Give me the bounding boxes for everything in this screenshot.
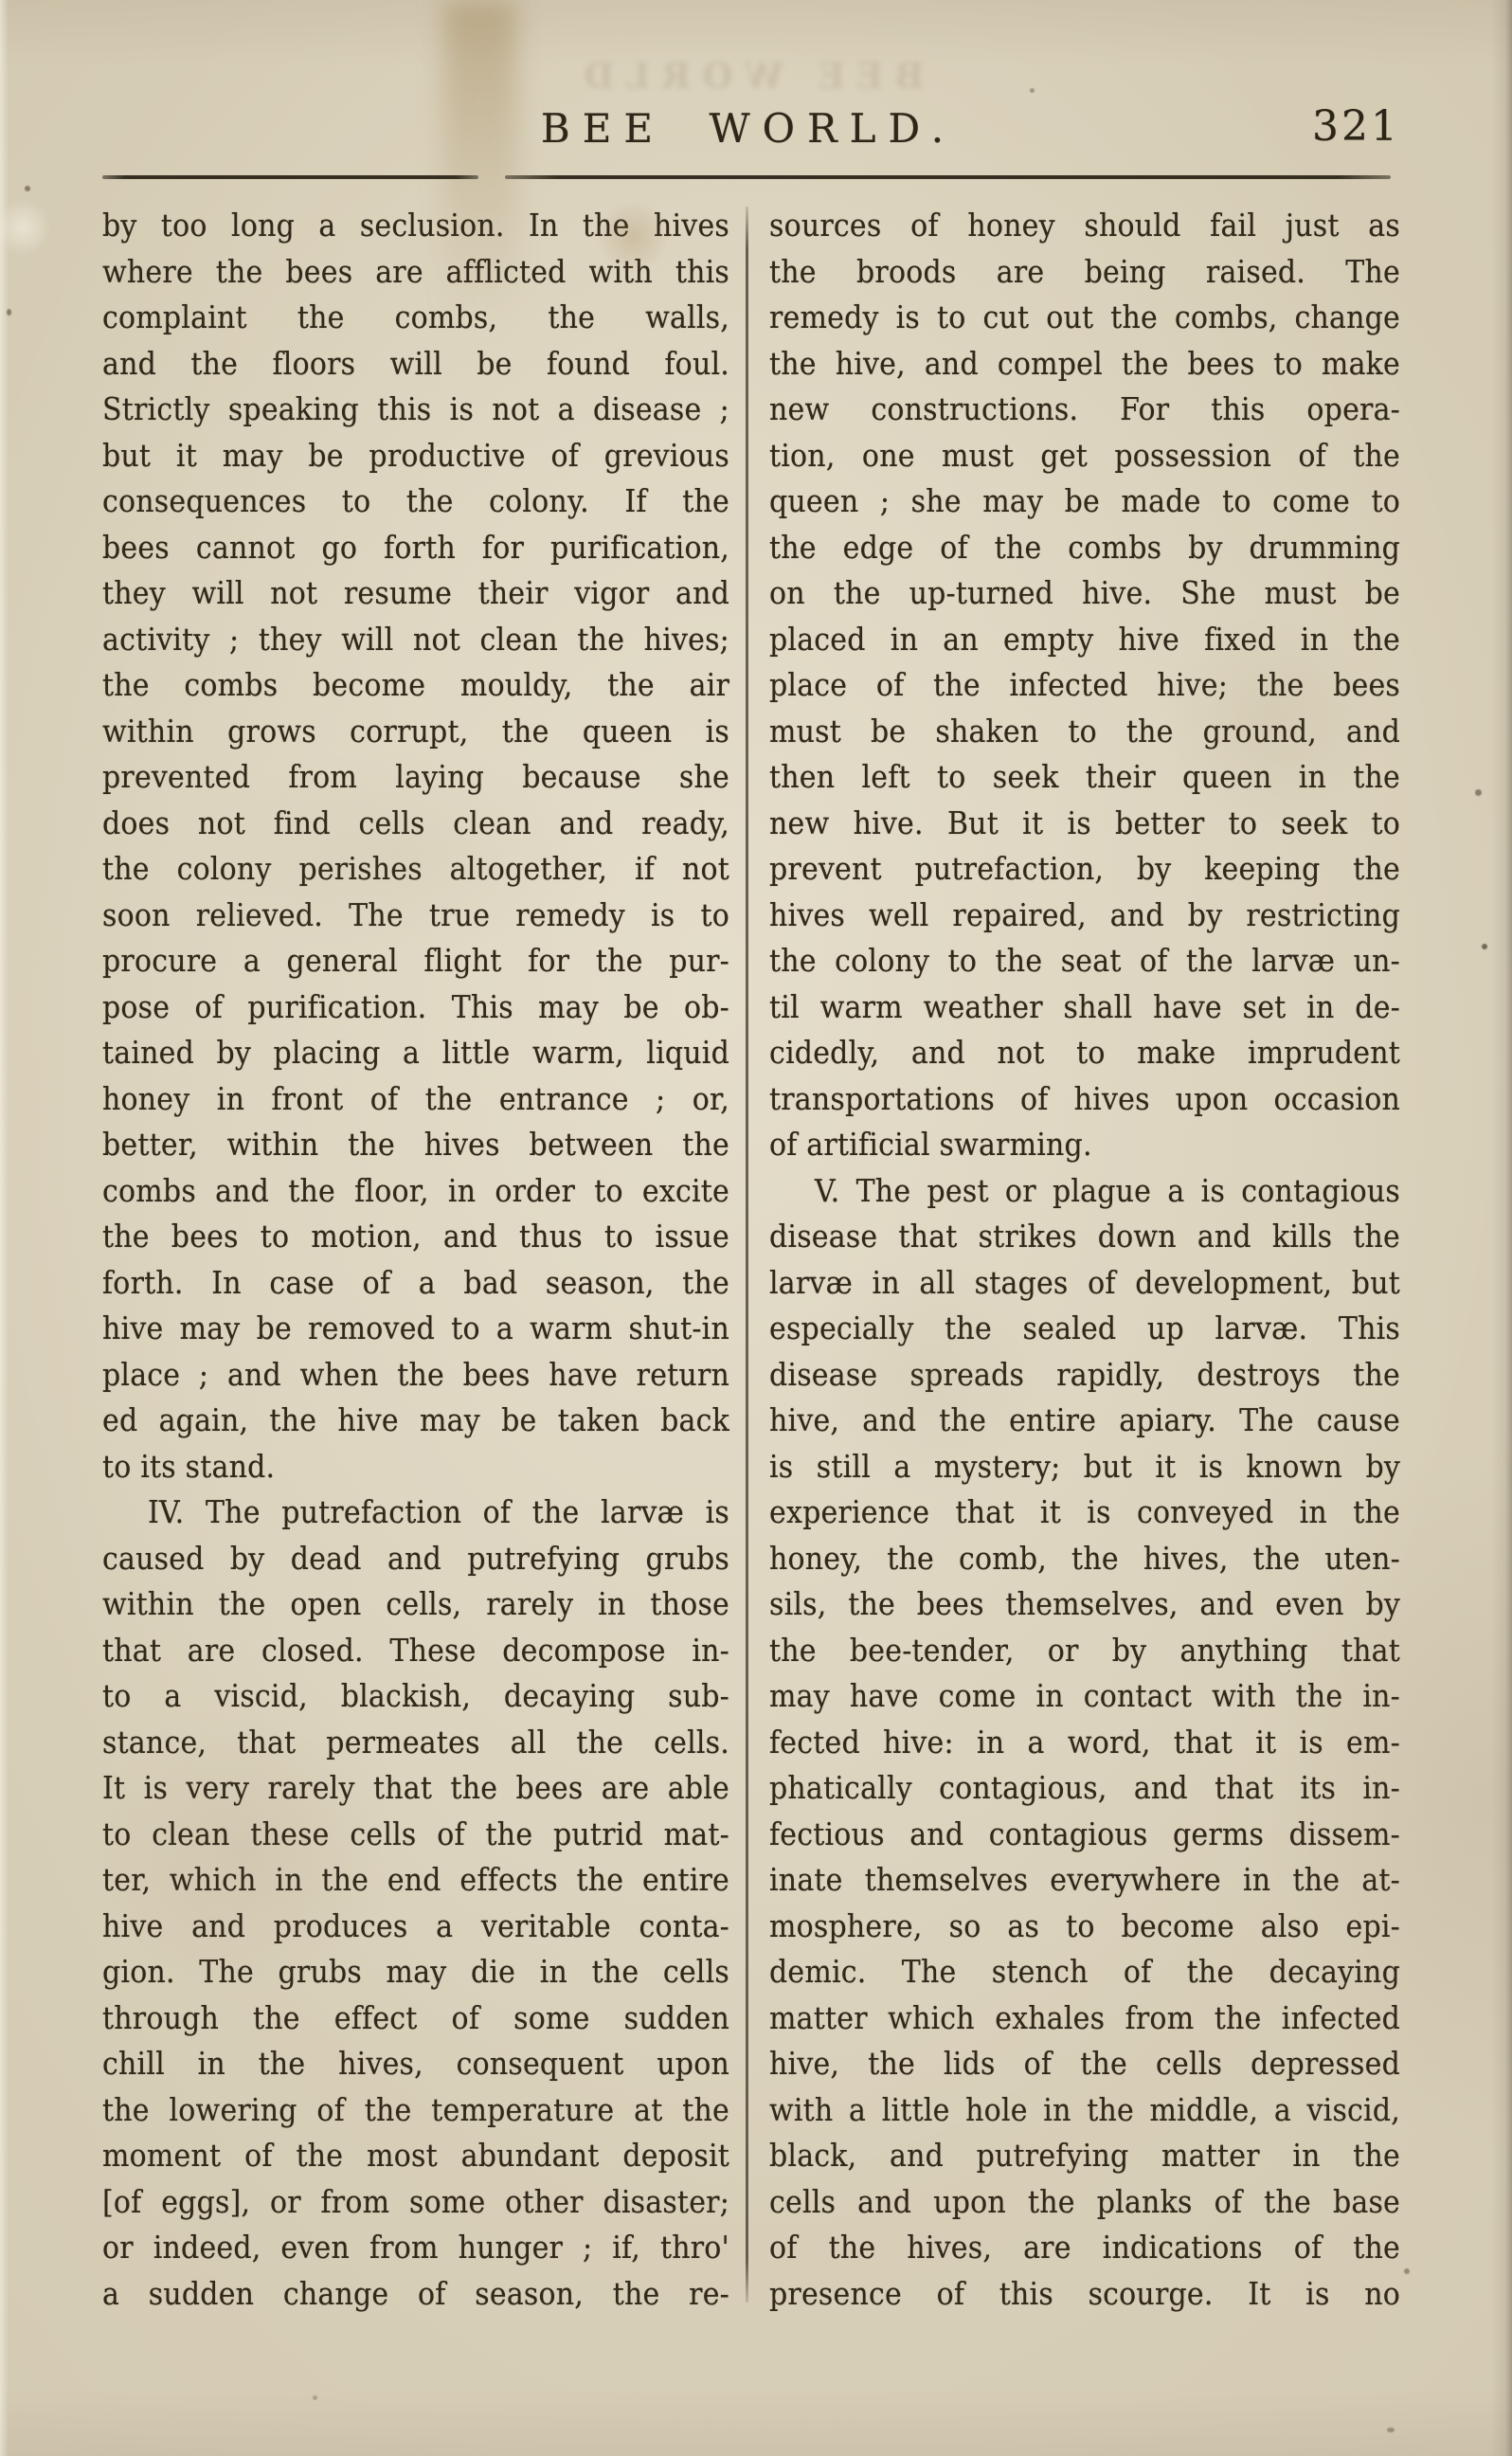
text-line: better, within the hives between the — [102, 1121, 729, 1171]
text-line: the broods are being raised. The — [769, 247, 1400, 298]
page-number: 321 — [1312, 102, 1400, 151]
text-line: the hive, and compel the bees to make — [769, 339, 1400, 389]
text-line: presence of this scourge. It is no — [769, 2269, 1400, 2320]
ink-speck — [1404, 2268, 1410, 2274]
text-line: tion, one must get possession of the — [769, 431, 1400, 481]
text-line: forth. In case of a bad season, the — [102, 1258, 729, 1309]
text-line: or indeed, even from hunger ; if, thro' — [102, 2224, 729, 2274]
text-line: hives well repaired, and by restricting — [769, 891, 1400, 941]
text-line: of artificial swarming. — [769, 1121, 1400, 1171]
text-line: new constructions. For this opera- — [769, 386, 1400, 436]
text-line: cidedly, and not to make imprudent — [769, 1029, 1400, 1079]
text-line: consequences to the colony. If the — [102, 478, 729, 528]
text-line: hive, and the entire apiary. The cause — [769, 1397, 1400, 1447]
text-line: within the open cells, rarely in those — [102, 1580, 729, 1631]
text-line: honey, the comb, the hives, the uten- — [769, 1534, 1400, 1584]
left-column: by too long a seclusion. In the hiveswhe… — [102, 204, 729, 2318]
text-line: where the bees are afflicted with this — [102, 247, 729, 298]
text-line: cells and upon the planks of the base — [769, 2177, 1400, 2228]
text-line: especially the sealed up larvæ. This — [769, 1305, 1400, 1355]
column-divider — [746, 207, 748, 2302]
text-line: stance, that permeates all the cells. — [102, 1718, 729, 1768]
text-line: sils, the bees themselves, and even by — [769, 1580, 1400, 1631]
text-line: hive and produces a veritable conta- — [102, 1902, 729, 1952]
text-line: phatically contagious, and that its in- — [769, 1764, 1400, 1815]
text-line: the colony to the seat of the larvæ un- — [769, 937, 1400, 987]
header-rule-right-segment — [505, 175, 1391, 179]
text-line: hive may be removed to a warm shut-in — [102, 1305, 729, 1355]
text-line: V. The pest or plague a is contagious — [769, 1166, 1400, 1217]
text-line: is still a mystery; but it is known by — [769, 1442, 1400, 1492]
text-line: the lowering of the temperature at the — [102, 2086, 729, 2136]
show-through-ghost: BEE WORLD — [104, 55, 1393, 97]
text-line: the colony perishes altogether, if not — [102, 845, 729, 895]
text-line: transportations of hives upon occasion — [769, 1074, 1400, 1125]
text-line: prevented from laying because she — [102, 753, 729, 804]
text-line: inate themselves everywhere in the at- — [769, 1856, 1400, 1906]
ink-speck — [25, 186, 30, 191]
text-line: matter which exhales from the infected — [769, 1994, 1400, 2044]
text-line: caused by dead and putrefying grubs — [102, 1534, 729, 1584]
text-line: may have come in contact with the in- — [769, 1672, 1400, 1723]
text-line: new hive. But it is better to seek to — [769, 799, 1400, 849]
header-rule-left-segment — [102, 175, 478, 179]
text-line: It is very rarely that the bees are able — [102, 1764, 729, 1815]
text-line: they will not resume their vigor and — [102, 569, 729, 620]
text-line: the combs become mouldy, the air — [102, 661, 729, 712]
text-line: placed in an empty hive fixed in the — [769, 615, 1400, 665]
text-line: pose of purification. This may be ob- — [102, 983, 729, 1033]
text-line: black, and putrefying matter in the — [769, 2132, 1400, 2182]
header-rule — [102, 175, 1391, 179]
text-line: fectious and contagious germs dissem- — [769, 1810, 1400, 1860]
text-line: a sudden change of season, the re- — [102, 2269, 729, 2320]
journal-title: BEE WORLD. — [104, 105, 1393, 152]
text-line: does not find cells clean and ready, — [102, 799, 729, 849]
ink-speck — [1475, 789, 1482, 796]
text-line: to a viscid, blackish, decaying sub- — [102, 1672, 729, 1723]
ink-speck — [1482, 944, 1487, 949]
text-line: [of eggs], or from some other disaster; — [102, 2177, 729, 2228]
text-line: remedy is to cut out the combs, change — [769, 294, 1400, 344]
text-line: mosphere, so as to become also epi- — [769, 1902, 1400, 1952]
text-line: bees cannot go forth for purification, — [102, 523, 729, 573]
text-line: honey in front of the entrance ; or, — [102, 1074, 729, 1125]
text-line: experience that it is conveyed in the — [769, 1489, 1400, 1539]
text-line: IV. The putrefaction of the larvæ is — [102, 1489, 729, 1539]
text-line: hive, the lids of the cells depressed — [769, 2040, 1400, 2090]
text-line: tained by placing a little warm, liquid — [102, 1029, 729, 1079]
text-line: by too long a seclusion. In the hives — [102, 202, 729, 252]
text-line: Strictly speaking this is not a disease … — [102, 386, 729, 436]
text-line: the edge of the combs by drumming — [769, 523, 1400, 573]
text-line: the bee-tender, or by anything that — [769, 1626, 1400, 1676]
text-line: til warm weather shall have set in de- — [769, 983, 1400, 1033]
text-line: ter, which in the end effects the entire — [102, 1856, 729, 1906]
text-line: combs and the floor, in order to excite — [102, 1166, 729, 1217]
text-line: but it may be productive of grevious — [102, 431, 729, 481]
right-column: sources of honey should fail just asthe … — [769, 204, 1400, 2318]
ink-speck — [313, 2395, 317, 2400]
text-line: with a little hole in the middle, a visc… — [769, 2086, 1400, 2136]
text-line: on the up-turned hive. She must be — [769, 569, 1400, 620]
text-line: and the floors will be found foul. — [102, 339, 729, 389]
text-line: sources of honey should fail just as — [769, 202, 1400, 252]
text-line: larvæ in all stages of development, but — [769, 1258, 1400, 1309]
text-line: soon relieved. The true remedy is to — [102, 891, 729, 941]
text-line: the bees to motion, and thus to issue — [102, 1213, 729, 1263]
text-line: must be shaken to the ground, and — [769, 707, 1400, 757]
text-line: procure a general flight for the pur- — [102, 937, 729, 987]
text-line: queen ; she may be made to come to — [769, 478, 1400, 528]
text-line: that are closed. These decompose in- — [102, 1626, 729, 1676]
text-line: ed again, the hive may be taken back — [102, 1397, 729, 1447]
ink-speck — [1030, 88, 1035, 93]
text-line: within grows corrupt, the queen is — [102, 707, 729, 757]
text-line: of the hives, are indications of the — [769, 2224, 1400, 2274]
ink-speck — [1387, 2428, 1395, 2432]
text-line: fected hive: in a word, that it is em- — [769, 1718, 1400, 1768]
text-line: moment of the most abundant deposit — [102, 2132, 729, 2182]
text-line: prevent putrefaction, by keeping the — [769, 845, 1400, 895]
text-line: place of the infected hive; the bees — [769, 661, 1400, 712]
text-line: gion. The grubs may die in the cells — [102, 1948, 729, 1998]
text-line: to clean these cells of the putrid mat- — [102, 1810, 729, 1860]
text-line: place ; and when the bees have return — [102, 1350, 729, 1400]
text-line: chill in the hives, consequent upon — [102, 2040, 729, 2090]
text-line: disease spreads rapidly, destroys the — [769, 1350, 1400, 1400]
text-line: disease that strikes down and kills the — [769, 1213, 1400, 1263]
text-line: demic. The stench of the decaying — [769, 1948, 1400, 1998]
text-line: to its stand. — [102, 1442, 729, 1492]
text-line: activity ; they will not clean the hives… — [102, 615, 729, 665]
text-line: then left to seek their queen in the — [769, 753, 1400, 804]
scanned-page: BEE WORLD BEE WORLD. 321 by too long a s… — [0, 0, 1512, 2456]
ink-speck — [7, 309, 11, 316]
text-line: through the effect of some sudden — [102, 1994, 729, 2044]
text-line: complaint the combs, the walls, — [102, 294, 729, 344]
